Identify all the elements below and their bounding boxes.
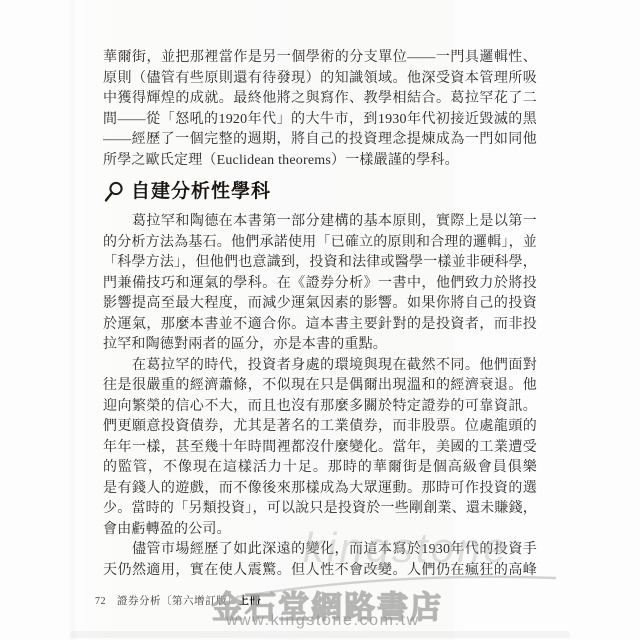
text-line: 是有錢人的遊戲，而不像後來那樣成為大眾運動。那時可作投資的選擇也比較 <box>103 479 537 500</box>
magnifier-icon <box>103 181 124 203</box>
text-line: 的監管，不像現在這樣活力十足。那時的華爾街是個高級會員俱樂部，投資只 <box>103 458 537 479</box>
era-paragraph: 在葛拉罕的時代，投資者身處的環境與現在截然不同。他們面對定期且往往是很嚴重的經濟… <box>103 356 537 541</box>
text-line: 門兼備技巧和運氣的學科。在《證券分析》一書中，他們致力於將投資技巧的 <box>103 274 537 295</box>
text-line: 所學之歐氏定理（Euclidean theorems）一樣嚴謹的學科。 <box>103 151 537 172</box>
method-paragraph: 葛拉罕和陶德在本書第一部分建構的基本原則，實際上是以第一章提出的分析方法為基石。… <box>103 212 537 356</box>
text-line: 於運氣，那麼本書並不適合你。這本書主要針對的是投資者，而非投機者；葛 <box>103 315 537 336</box>
kingstone-url-watermark: www.kingstone.com.tw <box>226 612 420 630</box>
text-line: 「科學方法」，但他們也意識到，投資和法律或醫學一樣並非硬科學，而是一 <box>103 253 537 274</box>
text-line: 在葛拉罕的時代，投資者身處的環境與現在截然不同。他們面對定期且往 <box>103 356 537 377</box>
text-line: 的分析方法為基石。他們承諾使用「已確立的原則和合理的邏輯」，並稱之為 <box>103 233 537 254</box>
page-number: 72 <box>95 596 106 607</box>
text-line: 年年一樣，甚至幾十年時間裡都沒什麼變化。當年，美國的工業遭受愈來愈多 <box>103 438 537 459</box>
text-line: 華爾街，並把那裡當作是另一個學術的分支單位——一門具邏輯性、可檢驗 <box>103 48 537 69</box>
footer-book-title: 證券分析〔第六增訂版〕 <box>117 596 238 607</box>
section-heading: 自建分析性學科 <box>131 180 271 204</box>
text-line: 會由虧轉盈的公司。 <box>103 520 537 541</box>
text-line: 葛拉罕和陶德在本書第一部分建構的基本原則，實際上是以第一章提出 <box>103 212 537 233</box>
text-line: 影響提高至最大程度，而減少運氣因素的影響。如果你將自己的投資組合寄望 <box>103 294 537 315</box>
text-line: 們更願意投資債券，尤其是著名的工業債券，而非股票。位處龍頭的公司幾乎 <box>103 417 537 438</box>
closing-paragraph: 儘管市場經歷了如此深遠的變化，而這本寫於1930年代的投資手冊到今天仍然適用，實… <box>103 540 537 581</box>
text-line: 往是很嚴重的經濟蕭條，不似現在只是偶爾出現溫和的經濟衰退。他們對未來 <box>103 376 537 397</box>
page-footer: 72證券分析〔第六增訂版〕上冊 <box>95 594 261 608</box>
section-heading-row: 自建分析性學科 <box>103 180 537 204</box>
text-line: 天仍然適用，實在使人震驚。但人性不會改變。人們仍在瘋狂的高峰和沮喪的 <box>103 561 537 582</box>
text-line: 間——從「怒吼的1920年代」的大牛市，到1930年代初接近毀滅的黑暗時期 <box>103 110 537 131</box>
intro-paragraph: 華爾街，並把那裡當作是另一個學術的分支單位——一門具邏輯性、可檢驗原則（儘管有些… <box>103 48 537 171</box>
text-line: 迎向繁榮的信心不大，而且也沒有那麼多關於特定證券的可靠資訊。因此，他 <box>103 397 537 418</box>
footer-volume: 上冊 <box>238 595 261 607</box>
text-line: 少。當時的「另類投資」，可以說只是投資於一些剛創業、還未賺錢，但有機 <box>103 499 537 520</box>
text-line: 中獲得輝煌的成就。最終他將之與寫作、教學相結合。葛拉罕花了二十年的時 <box>103 89 537 110</box>
text-line: 儘管市場經歷了如此深遠的變化，而這本寫於1930年代的投資手冊到今 <box>103 540 537 561</box>
text-line: 原則（儘管有些原則還有待發現）的知識領域。他深受資本管理所吸引，並從 <box>103 69 537 90</box>
text-line: 拉罕和陶德對兩者的區分，亦是本書的重點。 <box>103 335 537 356</box>
book-page: 華爾街，並把那裡當作是另一個學術的分支單位——一門具邏輯性、可檢驗原則（儘管有些… <box>0 0 640 640</box>
text-line: ——經歷了一個完整的週期，將自己的投資理念提煉成為一門如同他在大學裡 <box>103 130 537 151</box>
page-content: 華爾街，並把那裡當作是另一個學術的分支單位——一門具邏輯性、可檢驗原則（儘管有些… <box>103 48 537 581</box>
